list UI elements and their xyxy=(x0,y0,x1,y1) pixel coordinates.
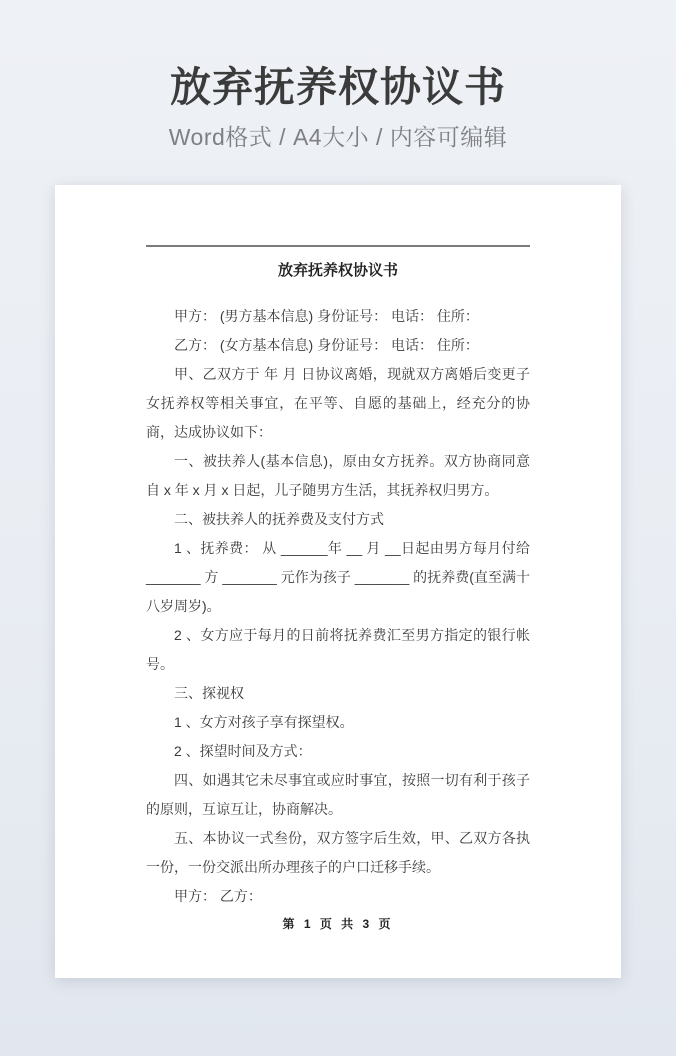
paragraph-clause-2: 二、被扶养人的抚养费及支付方式 xyxy=(146,505,530,534)
page-subtitle: Word格式 / A4大小 / 内容可编辑 xyxy=(0,124,676,151)
paragraph-clause-3: 三、探视权 xyxy=(146,679,530,708)
paragraph-party-b: 乙方： (女方基本信息) 身份证号： 电话： 住所： xyxy=(146,331,530,360)
hero-header: 放弃抚养权协议书 Word格式 / A4大小 / 内容可编辑 xyxy=(0,0,676,185)
document-title: 放弃抚养权协议书 xyxy=(146,262,530,280)
paragraph-signatures: 甲方： 乙方： xyxy=(146,882,530,911)
paragraph-clause-5: 五、本协议一式叁份，双方签字后生效，甲、乙双方各执一份，一份交派出所办理孩子的户… xyxy=(146,824,530,882)
page-title: 放弃抚养权协议书 xyxy=(0,64,676,111)
paragraph-clause-1: 一、被扶养人(基本信息)，原由女方抚养。双方协商同意自 x 年 x 月 x 日起… xyxy=(146,447,530,505)
paragraph-clause-4: 四、如遇其它未尽事宜或应时事宜，按照一切有利于孩子的原则，互谅互让，协商解决。 xyxy=(146,766,530,824)
document-body: 甲方： (男方基本信息) 身份证号： 电话： 住所： 乙方： (女方基本信息) … xyxy=(146,302,530,911)
paragraph-clause-2-2: 2 、女方应于每月的日前将抚养费汇至男方指定的银行帐号。 xyxy=(146,621,530,679)
header-rule xyxy=(146,245,530,247)
paragraph-clause-2-1: 1 、抚养费： 从 ______年 __ 月 __日起由男方每月付给 _____… xyxy=(146,534,530,621)
paragraph-preamble: 甲、乙双方于 年 月 日协议离婚，现就双方离婚后变更子女抚养权等相关事宜，在平等… xyxy=(146,360,530,447)
paragraph-party-a: 甲方： (男方基本信息) 身份证号： 电话： 住所： xyxy=(146,302,530,331)
paragraph-clause-3-2: 2 、探望时间及方式： xyxy=(146,737,530,766)
page-number: 第 1 页 共 3 页 xyxy=(55,915,621,932)
template-preview: 放弃抚养权协议书 Word格式 / A4大小 / 内容可编辑 放弃抚养权协议书 … xyxy=(0,0,676,978)
paragraph-clause-3-1: 1 、女方对孩子享有探望权。 xyxy=(146,708,530,737)
document-page: 放弃抚养权协议书 甲方： (男方基本信息) 身份证号： 电话： 住所： 乙方： … xyxy=(55,185,621,978)
